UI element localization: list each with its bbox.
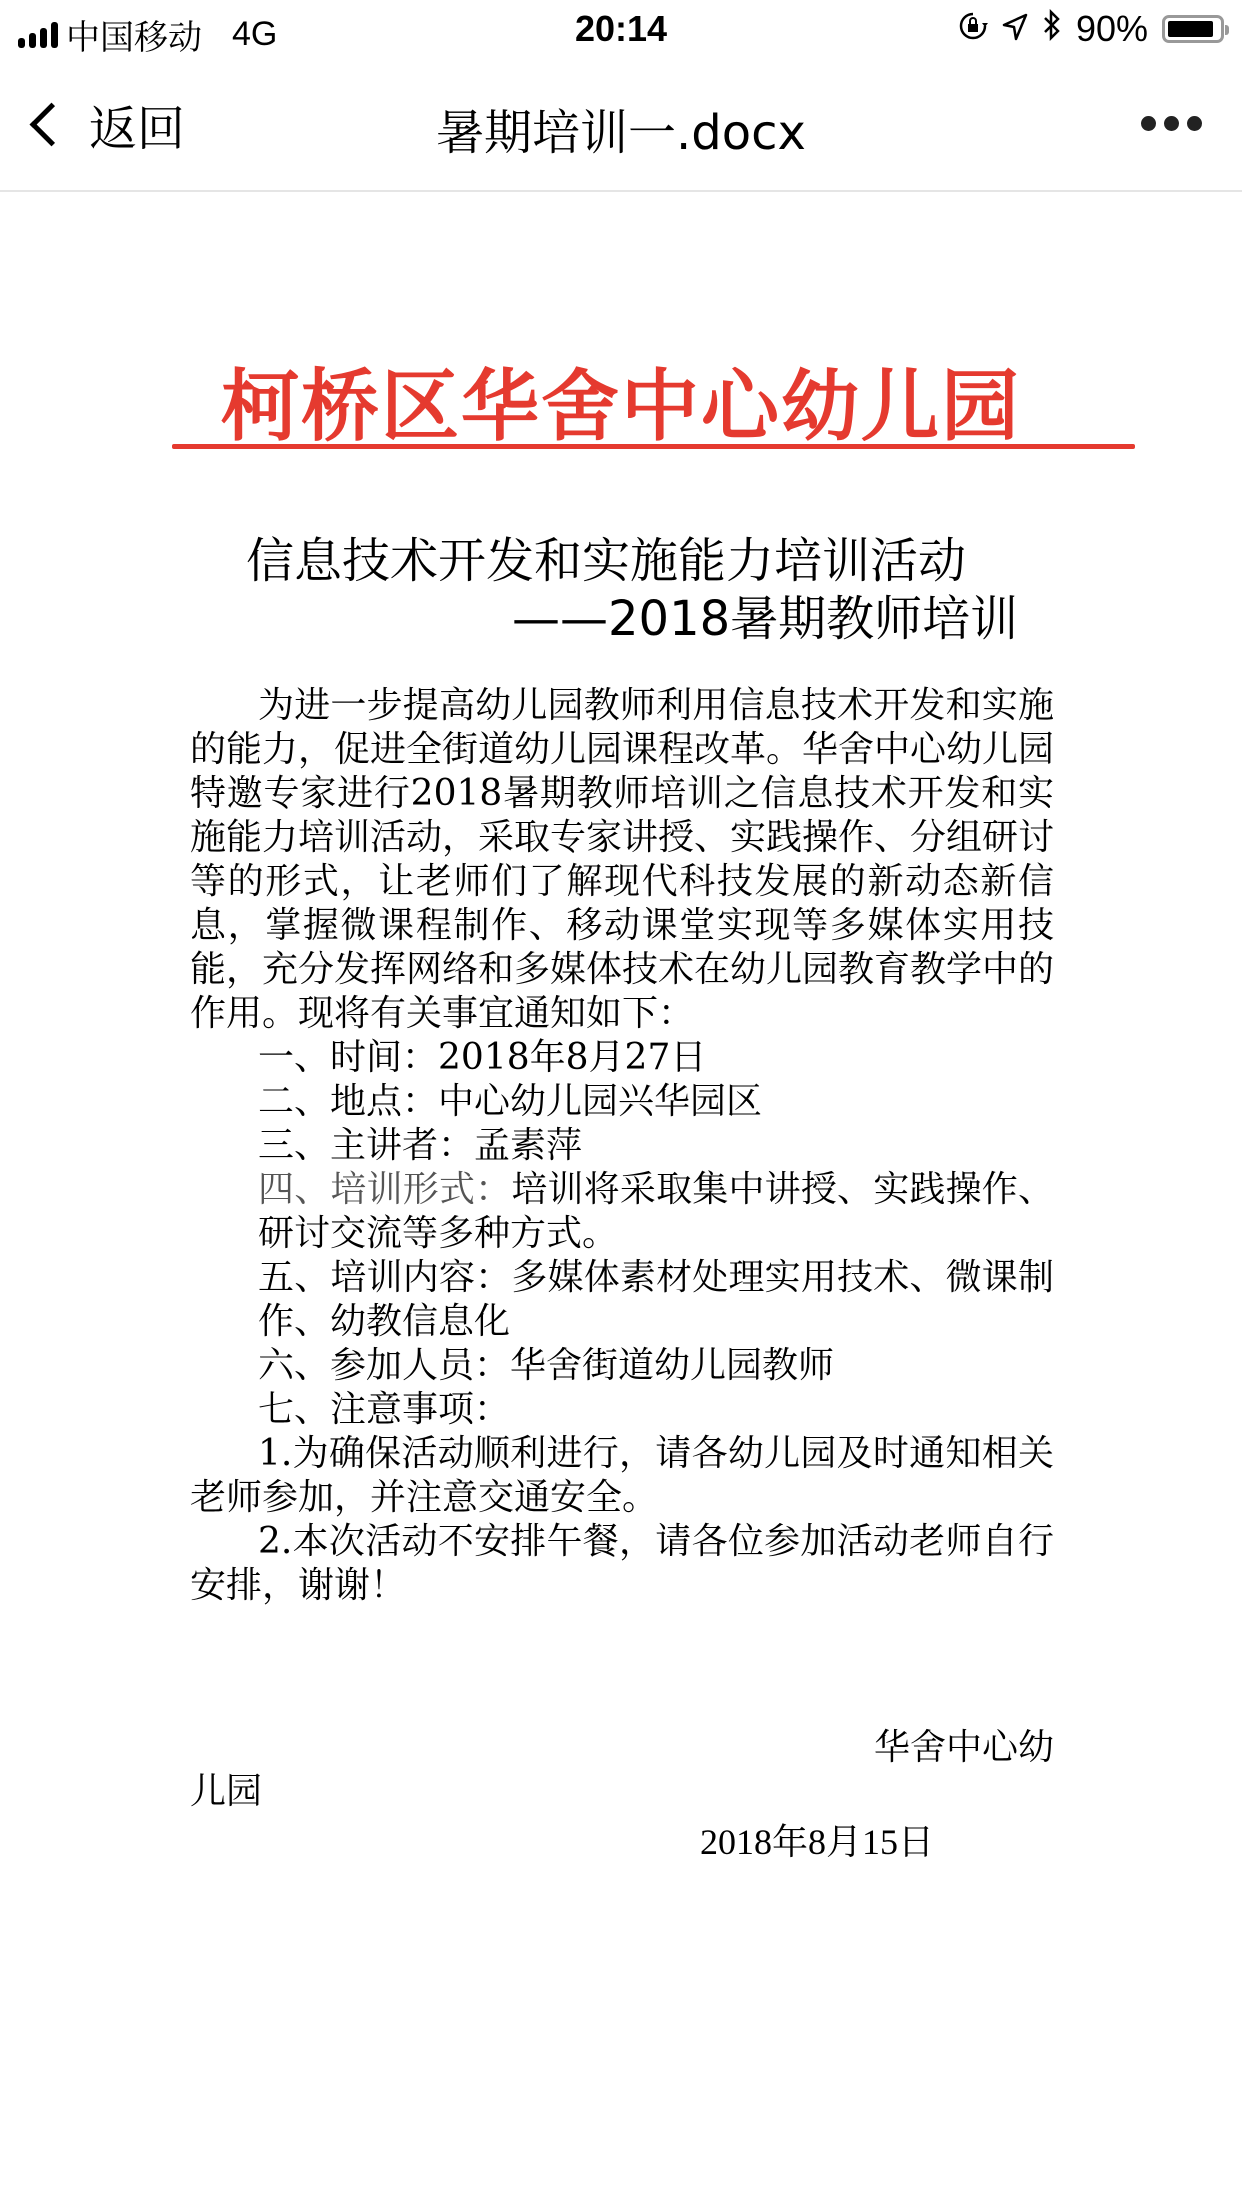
item-notes-heading: 七、注意事项： (190, 1388, 1054, 1432)
red-divider (172, 444, 1135, 449)
item-participants: 六、参加人员：华舍街道幼儿园教师 (190, 1344, 1054, 1388)
status-bar: 中国移动 4G 20:14 90% (0, 0, 1242, 60)
item-label: 四、培训形式： (258, 1169, 511, 1210)
signature-line2: 儿园 (190, 1770, 1054, 1814)
document-title: 暑期培训一.docx (0, 94, 1242, 163)
item-value: 华舍街道幼儿园教师 (510, 1345, 834, 1386)
status-icons: 90% (958, 8, 1224, 50)
item-speaker: 三、主讲者：孟素萍 (190, 1124, 1054, 1168)
item-time: 一、时间：2018年8月27日 (190, 1036, 1054, 1080)
battery-icon (1162, 15, 1224, 43)
subtitle-line2: ——2018暑期教师培训 (512, 580, 1018, 649)
location-icon (1002, 8, 1028, 50)
more-dot (1187, 116, 1202, 131)
item-label: 三、主讲者： (258, 1125, 474, 1166)
item-label: 七、注意事项： (258, 1389, 510, 1430)
more-dots-icon (1141, 116, 1156, 131)
item-value: 中心幼儿园兴华园区 (438, 1081, 762, 1122)
intro-paragraph: 为进一步提高幼儿园教师利用信息技术开发和实施的能力，促进全街道幼儿园课程改革。华… (190, 684, 1054, 1036)
item-value: 孟素萍 (474, 1125, 582, 1166)
item-label: 五、培训内容： (258, 1257, 511, 1298)
document-body: 为进一步提高幼儿园教师利用信息技术开发和实施的能力，促进全街道幼儿园课程改革。华… (190, 684, 1054, 1608)
item-content: 五、培训内容：多媒体素材处理实用技术、微课制作、幼教信息化 (190, 1256, 1054, 1344)
signature-date: 2018年8月15日 (700, 1814, 934, 1865)
item-label: 一、时间： (258, 1037, 438, 1078)
item-label: 六、参加人员： (258, 1345, 510, 1386)
signature-organization: 华舍中心幼 儿园 (190, 1726, 1054, 1814)
bluetooth-icon (1042, 8, 1062, 50)
more-button[interactable] (1141, 116, 1202, 131)
battery-percent: 90% (1076, 8, 1148, 50)
signature-line1: 华舍中心幼 (190, 1726, 1054, 1770)
orientation-lock-icon (958, 8, 988, 50)
navigation-bar: 返回 暑期培训一.docx (0, 60, 1242, 192)
note-2: 2.本次活动不安排午餐，请各位参加活动老师自行安排，谢谢！ (190, 1520, 1054, 1608)
item-format: 四、培训形式：培训将采取集中讲授、实践操作、研讨交流等多种方式。 (190, 1168, 1054, 1256)
note-1: 1.为确保活动顺利进行，请各幼儿园及时通知相关老师参加，并注意交通安全。 (190, 1432, 1054, 1520)
more-dot (1164, 116, 1179, 131)
item-value: 2018年8月27日 (438, 1037, 706, 1078)
item-label: 二、地点： (258, 1081, 438, 1122)
item-location: 二、地点：中心幼儿园兴华园区 (190, 1080, 1054, 1124)
organization-title: 柯桥区华舍中心幼儿园 (0, 344, 1242, 456)
